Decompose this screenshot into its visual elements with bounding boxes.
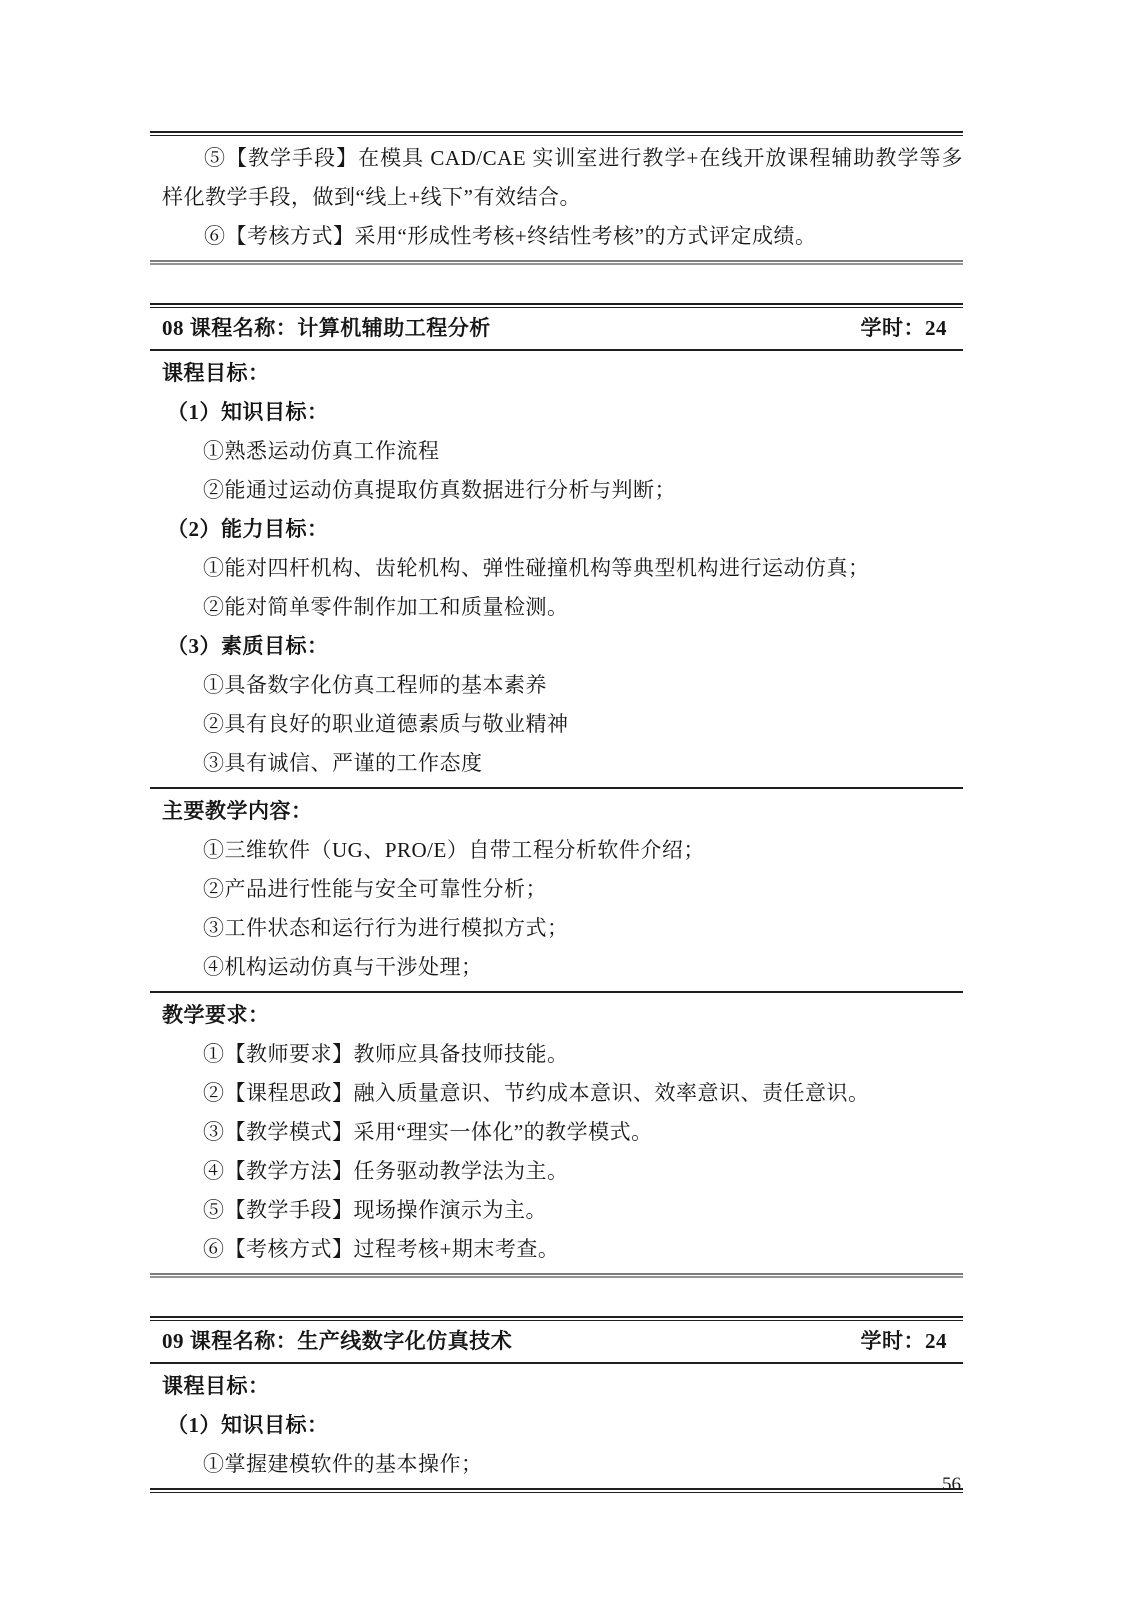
requirement-header: 教学要求： xyxy=(150,993,963,1035)
table-bottom-rule xyxy=(150,1273,963,1278)
ability-item: ②能对简单零件制作加工和质量检测。 xyxy=(150,588,963,627)
prev-course-table-continuation: ⑤【教学手段】在模具 CAD/CAE 实训室进行教学+在线开放课程辅助教学等多样… xyxy=(150,131,963,265)
requirement-item: ⑤【教学手段】现场操作演示为主。 xyxy=(150,1191,963,1230)
knowledge-goal-header: （1）知识目标： xyxy=(150,393,963,432)
course-08-hours: 学时：24 xyxy=(861,308,948,349)
course-08-title: 08 课程名称：计算机辅助工程分析 xyxy=(162,308,491,349)
content-item: ④机构运动仿真与干涉处理； xyxy=(150,948,963,991)
knowledge-item: ①熟悉运动仿真工作流程 xyxy=(150,432,963,471)
ability-item: ①能对四杆机构、齿轮机构、弹性碰撞机构等典型机构进行运动仿真； xyxy=(150,549,963,588)
knowledge-item: ②能通过运动仿真提取仿真数据进行分析与判断； xyxy=(150,471,963,510)
course-09-hours: 学时：24 xyxy=(861,1321,948,1362)
course-09-header-row: 09 课程名称：生产线数字化仿真技术 学时：24 xyxy=(150,1321,963,1362)
requirement-item: ④【教学方法】任务驱动教学法为主。 xyxy=(150,1152,963,1191)
page-number: 56 xyxy=(942,1474,961,1496)
quality-item: ③具有诚信、严谨的工作态度 xyxy=(150,744,963,787)
requirement-item: ②【课程思政】融入质量意识、节约成本意识、效率意识、责任意识。 xyxy=(150,1074,963,1113)
table-bottom-rule xyxy=(150,260,963,265)
requirement-item: ①【教师要求】教师应具备技师技能。 xyxy=(150,1035,963,1074)
course-09-table: 09 课程名称：生产线数字化仿真技术 学时：24 课程目标： （1）知识目标： … xyxy=(150,1316,963,1493)
knowledge-item: ①掌握建模软件的基本操作； xyxy=(150,1445,963,1488)
content-item: ③工件状态和运行行为进行模拟方式； xyxy=(150,909,963,948)
course-09-title: 09 课程名称：生产线数字化仿真技术 xyxy=(162,1321,512,1362)
table-pagebreak-rule xyxy=(150,1488,963,1493)
goal-header: 课程目标： xyxy=(150,1364,963,1406)
quality-item: ②具有良好的职业道德素质与敬业精神 xyxy=(150,705,963,744)
para-assessment: ⑥【考核方式】采用“形成性考核+终结性考核”的方式评定成绩。 xyxy=(150,217,963,260)
requirement-item: ⑥【考核方式】过程考核+期末考查。 xyxy=(150,1230,963,1273)
course-08-header-row: 08 课程名称：计算机辅助工程分析 学时：24 xyxy=(150,308,963,349)
page-content: ⑤【教学手段】在模具 CAD/CAE 实训室进行教学+在线开放课程辅助教学等多样… xyxy=(150,131,963,1493)
quality-goal-header: （3）素质目标： xyxy=(150,627,963,666)
document-page: { "page_number": "56", "prev_table": { "… xyxy=(0,0,1131,1600)
ability-goal-header: （2）能力目标： xyxy=(150,510,963,549)
content-header: 主要教学内容： xyxy=(150,789,963,831)
requirement-item: ③【教学模式】采用“理实一体化”的教学模式。 xyxy=(150,1113,963,1152)
course-08-table: 08 课程名称：计算机辅助工程分析 学时：24 课程目标： （1）知识目标： ①… xyxy=(150,303,963,1278)
content-item: ②产品进行性能与安全可靠性分析； xyxy=(150,870,963,909)
knowledge-goal-header: （1）知识目标： xyxy=(150,1406,963,1445)
para-teaching-method: ⑤【教学手段】在模具 CAD/CAE 实训室进行教学+在线开放课程辅助教学等多样… xyxy=(150,136,963,217)
quality-item: ①具备数字化仿真工程师的基本素养 xyxy=(150,666,963,705)
goal-header: 课程目标： xyxy=(150,351,963,393)
content-item: ①三维软件（UG、PRO/E）自带工程分析软件介绍； xyxy=(150,831,963,870)
